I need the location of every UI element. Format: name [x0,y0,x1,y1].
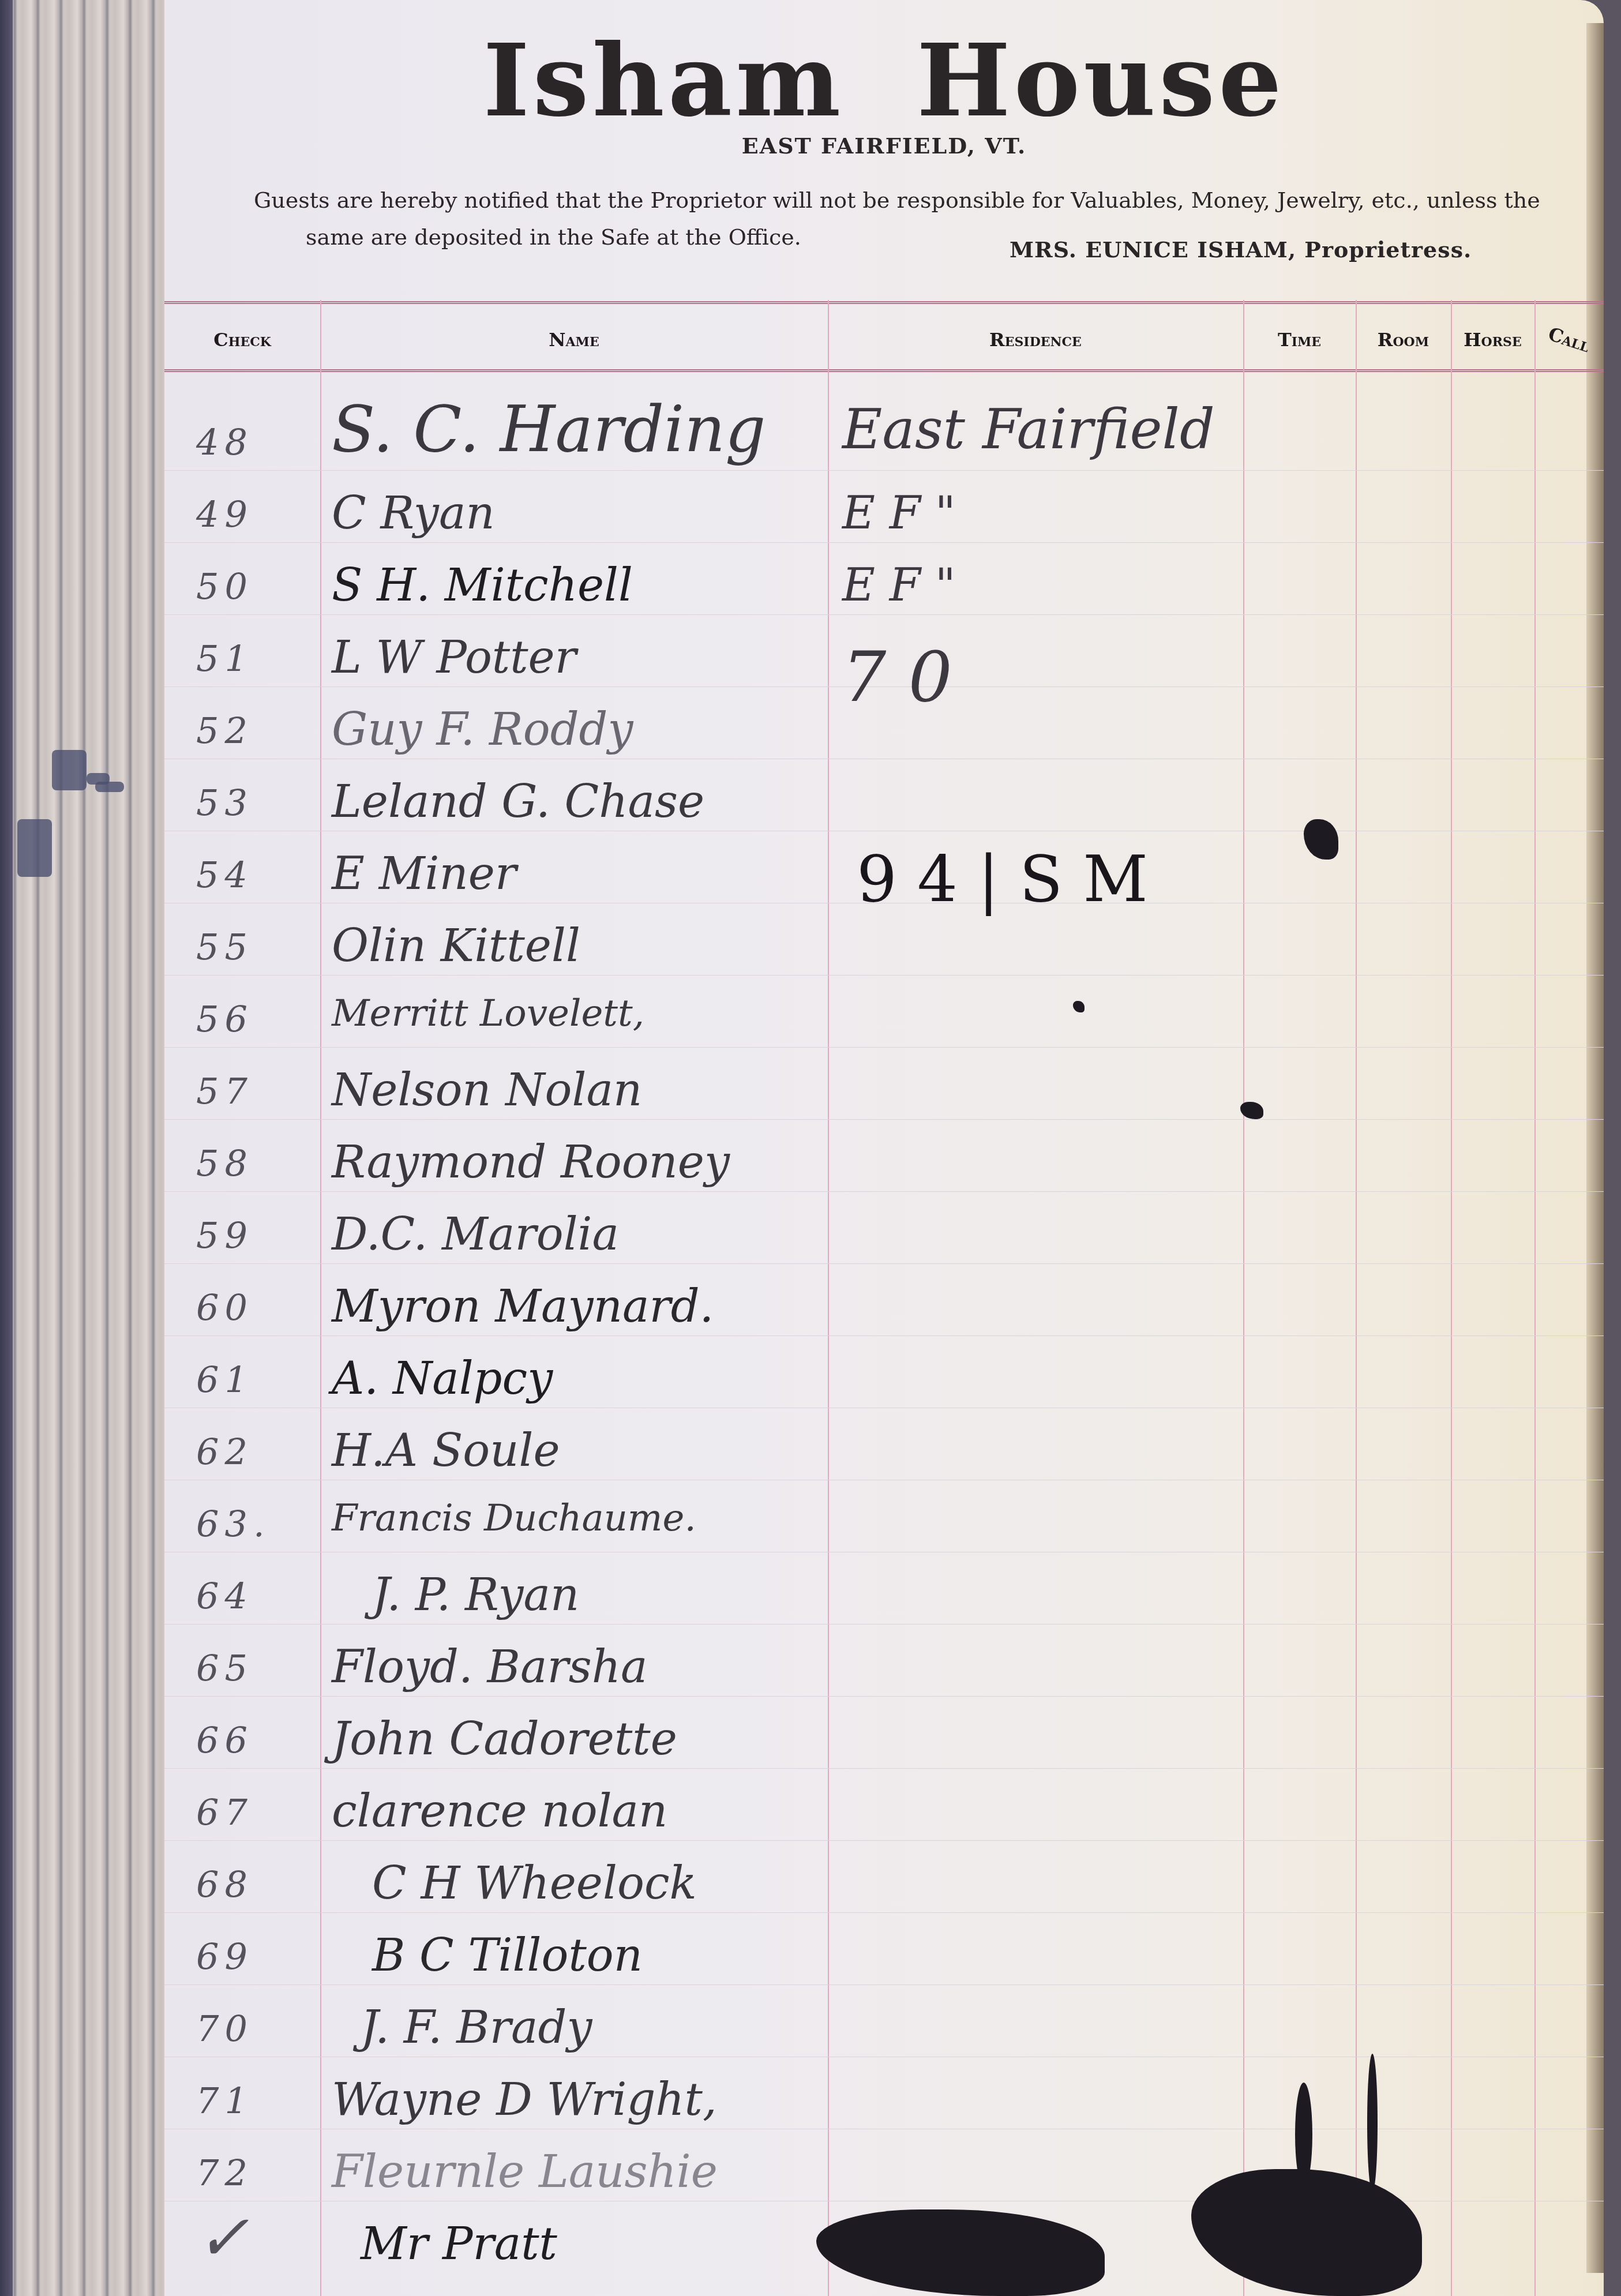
check-number: 54 [196,854,253,896]
guest-name: A. Nalpcy [332,1353,553,1405]
ink-blot [1367,2054,1378,2192]
check-mark: ✓ [196,2201,255,2275]
check-number: 66 [196,1719,253,1761]
guest-name: Nelson Nolan [332,1064,642,1116]
book-spine [0,0,13,2296]
register-entry: 49 C Ryan E F " [164,476,1604,548]
register-entry: 52 Guy F. Roddy [164,692,1604,764]
register-page: Isham House EAST FAIRFIELD, VT. Guests a… [164,0,1604,2296]
guest-name: H.A Soule [332,1425,560,1477]
register-entry: 53 Leland G. Chase [164,764,1604,836]
check-number: 71 [196,2080,253,2122]
guest-name: B C Tilloton [372,1930,643,1982]
ink-smudge [52,750,87,790]
register-entry: 56 Merritt Lovelett, [164,981,1604,1053]
guest-name: S. C. Harding [332,392,766,466]
register-entry: 65 Floyd. Barsha [164,1630,1604,1702]
register-entry: 68 C H Wheelock [164,1846,1604,1918]
check-number: 62 [196,1431,253,1473]
guest-residence: East Fairfield [842,398,1215,462]
book-page-edges [0,0,166,2296]
header-rule-bottom [164,369,1604,372]
proprietress: MRS. EUNICE ISHAM, Proprietress. [1010,237,1472,262]
register-entry: 66 John Cadorette [164,1702,1604,1774]
check-number: 63. [196,1503,271,1545]
check-number: 51 [196,637,253,680]
check-number: 50 [196,565,253,607]
register-entry: 60 Myron Maynard. [164,1269,1604,1341]
check-number: 48 [196,421,253,463]
register-entry: 71 Wayne D Wright, [164,2062,1604,2134]
guest-name: Fleurnle Laushie [332,2146,718,2198]
register-entry: 64 J. P. Ryan [164,1558,1604,1630]
guest-name: L W Potter [332,632,576,684]
guest-name: Raymond Rooney [332,1136,730,1188]
register-entry: 63. Francis Duchaume. [164,1485,1604,1558]
register-entry: 67 clarence nolan [164,1774,1604,1846]
check-number: 67 [196,1791,253,1833]
guest-name: D.C. Marolia [332,1209,619,1260]
check-number: 53 [196,782,253,824]
guest-name: Guy F. Roddy [332,704,633,756]
guest-name: Merritt Lovelett, [332,992,644,1035]
register-entry: 58 Raymond Rooney [164,1125,1604,1197]
guest-name: J. F. Brady [361,2002,592,2054]
column-header-check: Check [164,329,320,351]
column-header-room: Room [1356,329,1451,351]
guest-name: Mr Pratt [361,2218,557,2270]
guest-name: clarence nolan [332,1785,667,1837]
guest-name: Wayne D Wright, [332,2074,717,2126]
check-number: 68 [196,1863,253,1905]
guest-name: S H. Mitchell [332,560,633,611]
register-entry: 70 J. F. Brady [164,1990,1604,2062]
room-note: 9 4 | S M [857,842,1148,916]
register-entry: 59 D.C. Marolia [164,1197,1604,1269]
register-entry: 62 H.A Soule [164,1413,1604,1485]
check-number: 52 [196,710,253,752]
column-header-time: Time [1243,329,1356,351]
ink-smudge [17,819,52,877]
ink-blot [1295,2083,1312,2186]
guest-name: Francis Duchaume. [332,1497,696,1540]
register-entry: 61 A. Nalpcy [164,1341,1604,1413]
check-number: 56 [196,998,253,1040]
header-rule-top [164,301,1604,304]
check-number: 64 [196,1575,253,1617]
register-entry: 55 Olin Kittell [164,909,1604,981]
hotel-name: Isham House [164,22,1604,139]
guest-name: E Miner [332,848,516,900]
check-number: 57 [196,1070,253,1112]
guest-name: C H Wheelock [372,1858,697,1909]
column-header-horse: Horse [1451,329,1534,351]
column-header-name: Name [320,329,828,351]
check-number: 60 [196,1286,253,1329]
guest-name: Leland G. Chase [332,776,704,828]
check-number: 55 [196,926,253,968]
check-number: 59 [196,1214,253,1256]
register-entry: 48 S. C. Harding East Fairfield [164,404,1604,476]
check-number: 70 [196,2008,253,2050]
column-header-residence: Residence [828,329,1243,351]
ink-smudge [95,782,124,792]
guest-name: J. P. Ryan [372,1569,579,1621]
guest-name: C Ryan [332,487,495,539]
guest-name: Olin Kittell [332,920,580,972]
check-number: 72 [196,2152,253,2194]
guest-residence: E F " [842,560,956,611]
guest-name: John Cadorette [332,1713,677,1765]
register-entry: 50 S H. Mitchell E F " [164,548,1604,620]
check-number: 58 [196,1142,253,1184]
guest-residence: E F " [842,487,956,539]
register-entry: 69 B C Tilloton [164,1918,1604,1990]
check-number: 69 [196,1935,253,1978]
register-entry: 54 E Miner 9 4 | S M [164,836,1604,909]
guest-name: Floyd. Barsha [332,1641,648,1693]
check-number: 61 [196,1359,253,1401]
check-number: 49 [196,493,253,535]
guest-name: Myron Maynard. [332,1281,714,1333]
register-entry: 51 L W Potter 7 0 [164,620,1604,692]
notice-line-1: Guests are hereby notified that the Prop… [254,187,1540,213]
check-number: 65 [196,1647,253,1689]
register-entry: 57 Nelson Nolan [164,1053,1604,1125]
hotel-location: EAST FAIRFIELD, VT. [164,133,1604,159]
